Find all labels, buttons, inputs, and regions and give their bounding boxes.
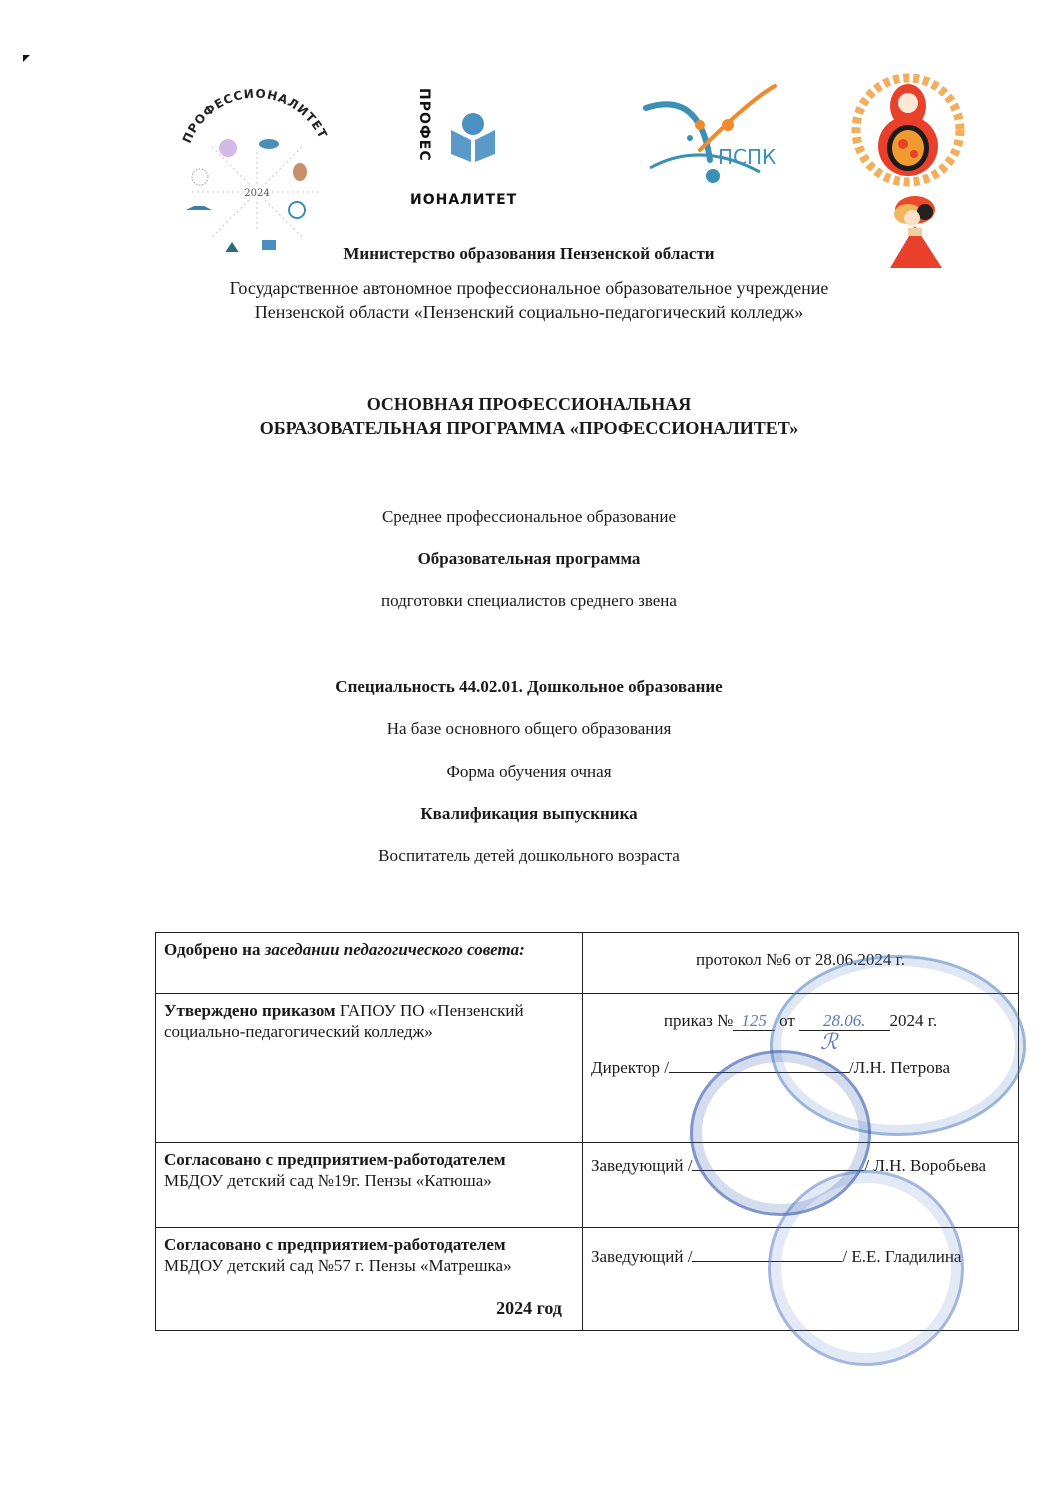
education-level: Среднее профессиональное образование	[0, 507, 1058, 527]
approval-body: заседании педагогического совета:	[265, 940, 525, 959]
head-signature-line: Заведующий // Е.Е. Гладилина	[591, 1234, 1010, 1267]
specialty: Специальность 44.02.01. Дошкольное образ…	[0, 677, 1058, 697]
signer-role: Директор /	[591, 1058, 669, 1077]
table-row: Согласовано с предприятием-работодателем…	[156, 1143, 1019, 1228]
table-row: Утверждено приказом ГАПОУ ПО «Пензенский…	[156, 994, 1019, 1143]
protocol-text: протокол №6 от 28.06.2024 г.	[591, 939, 1010, 970]
svg-text:ПРОФЕССИОНАЛИТЕТ: ПРОФЕССИОНАЛИТЕТ	[180, 87, 331, 146]
qualification-value: Воспитатель детей дошкольного возраста	[0, 846, 1058, 866]
scan-corner-mark	[23, 55, 30, 62]
signature-blank	[669, 1072, 849, 1073]
order-mid: от	[775, 1011, 799, 1030]
signer-name: / Л.Н. Воробьева	[864, 1156, 986, 1175]
approval-table: Одобрено на заседании педагогического со…	[155, 932, 1019, 1331]
document-title-line2: ОБРАЗОВАТЕЛЬНАЯ ПРОГРАММА «ПРОФЕССИОНАЛИ…	[0, 418, 1058, 439]
order-line: приказ №125 от 28.06.2024 г.	[591, 1000, 1010, 1031]
agreed-body: МБДОУ детский сад №57 г. Пензы «Матрешка…	[164, 1255, 574, 1276]
approved-label: Утверждено приказом	[164, 1001, 336, 1020]
head-signature-line: Заведующий // Л.Н. Воробьева	[591, 1149, 1010, 1176]
document-title-line1: ОСНОВНАЯ ПРОФЕССИОНАЛЬНАЯ	[0, 394, 1058, 415]
handwritten-signature-icon: ℛ	[820, 1030, 838, 1055]
matryoshka-emblem	[848, 70, 978, 190]
agreed-label: Согласовано с предприятием-работодателем	[164, 1234, 574, 1255]
approval-cell-right: Заведующий // Л.Н. Воробьева	[583, 1143, 1019, 1228]
pspk-college-logo: ПСПК	[640, 80, 790, 190]
professionalitet-circular-logo: ПРОФЕССИОНАЛИТЕТ 2024	[172, 82, 342, 252]
order-number: 125	[733, 1011, 775, 1031]
document-year: 2024 год	[0, 1298, 1058, 1319]
education-basis: На базе основного общего образования	[0, 719, 1058, 739]
ministry-name: Министерство образования Пензенской обла…	[0, 244, 1058, 264]
logo-horizontal-text: ИОНАЛИТЕТ	[410, 192, 517, 208]
pspk-text: ПСПК	[718, 145, 776, 169]
institution-name-line2: Пензенской области «Пензенский социально…	[0, 302, 1058, 323]
approval-cell-right: приказ №125 от 28.06.2024 г. Директор //…	[583, 994, 1019, 1143]
approval-cell-left: Одобрено на заседании педагогического со…	[156, 933, 583, 994]
logo-vertical-text: ПРОФЕС	[416, 88, 432, 162]
qualification-label: Квалификация выпускника	[0, 804, 1058, 824]
director-signature-line: Директор //Л.Н. Петрова	[591, 1031, 1010, 1078]
approval-cell-right: протокол №6 от 28.06.2024 г.	[583, 933, 1019, 994]
logo-year: 2024	[244, 188, 269, 199]
approval-label: Одобрено на	[164, 940, 265, 959]
signer-role: Заведующий /	[591, 1156, 692, 1175]
agreed-label: Согласовано с предприятием-работодателем	[164, 1149, 574, 1170]
signer-name: /Л.Н. Петрова	[849, 1058, 950, 1077]
signer-name: / Е.Е. Гладилина	[842, 1247, 961, 1266]
signature-blank	[692, 1261, 842, 1262]
study-form: Форма обучения очная	[0, 762, 1058, 782]
approval-cell-left: Утверждено приказом ГАПОУ ПО «Пензенский…	[156, 994, 583, 1143]
order-prefix: приказ №	[664, 1011, 733, 1030]
table-row: Одобрено на заседании педагогического со…	[156, 933, 1019, 994]
order-year: 2024 г.	[890, 1011, 938, 1030]
program-type: Образовательная программа	[0, 549, 1058, 569]
professionalitet-book-logo: ПРОФЕС ИОНАЛИТЕТ	[408, 82, 578, 212]
program-type-detail: подготовки специалистов среднего звена	[0, 591, 1058, 611]
logo-arc-text: ПРОФЕССИОНАЛИТЕТ	[180, 87, 331, 146]
signer-role: Заведующий /	[591, 1247, 692, 1266]
agreed-body: МБДОУ детский сад №19г. Пензы «Катюша»	[164, 1170, 574, 1191]
institution-name-line1: Государственное автономное профессиональ…	[0, 278, 1058, 299]
order-date: 28.06.	[799, 1011, 890, 1031]
signature-blank	[692, 1170, 864, 1171]
approval-cell-left: Согласовано с предприятием-работодателем…	[156, 1143, 583, 1228]
